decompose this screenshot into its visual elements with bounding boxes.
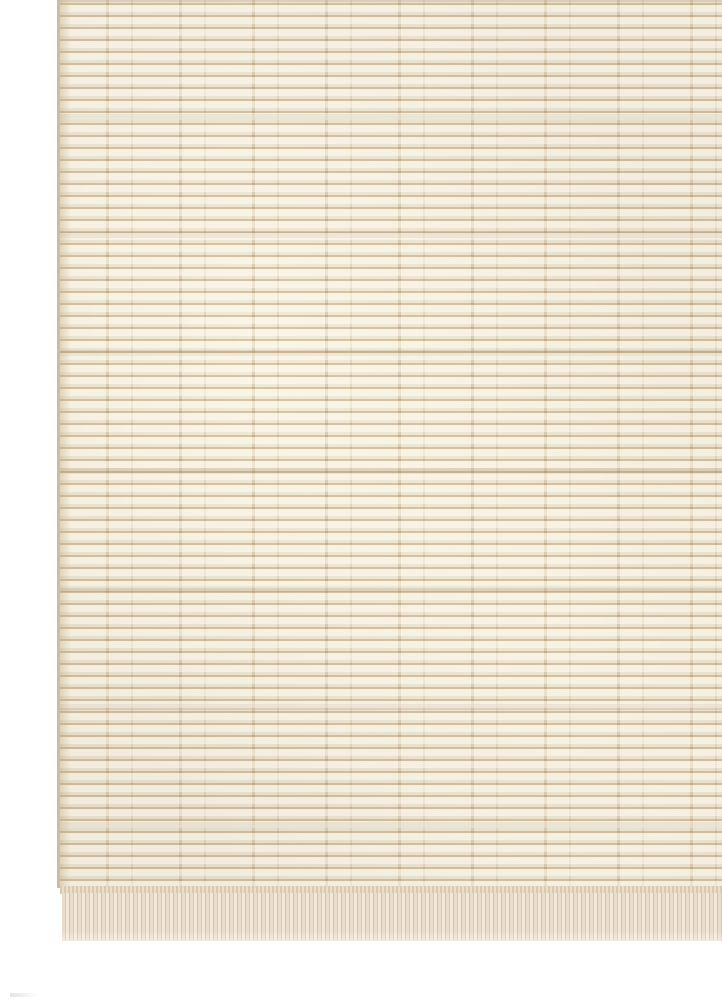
rug-fringe [62, 893, 722, 941]
rug-side-edge [57, 0, 71, 888]
rug-body [57, 0, 722, 888]
corner-artifact [10, 993, 38, 997]
